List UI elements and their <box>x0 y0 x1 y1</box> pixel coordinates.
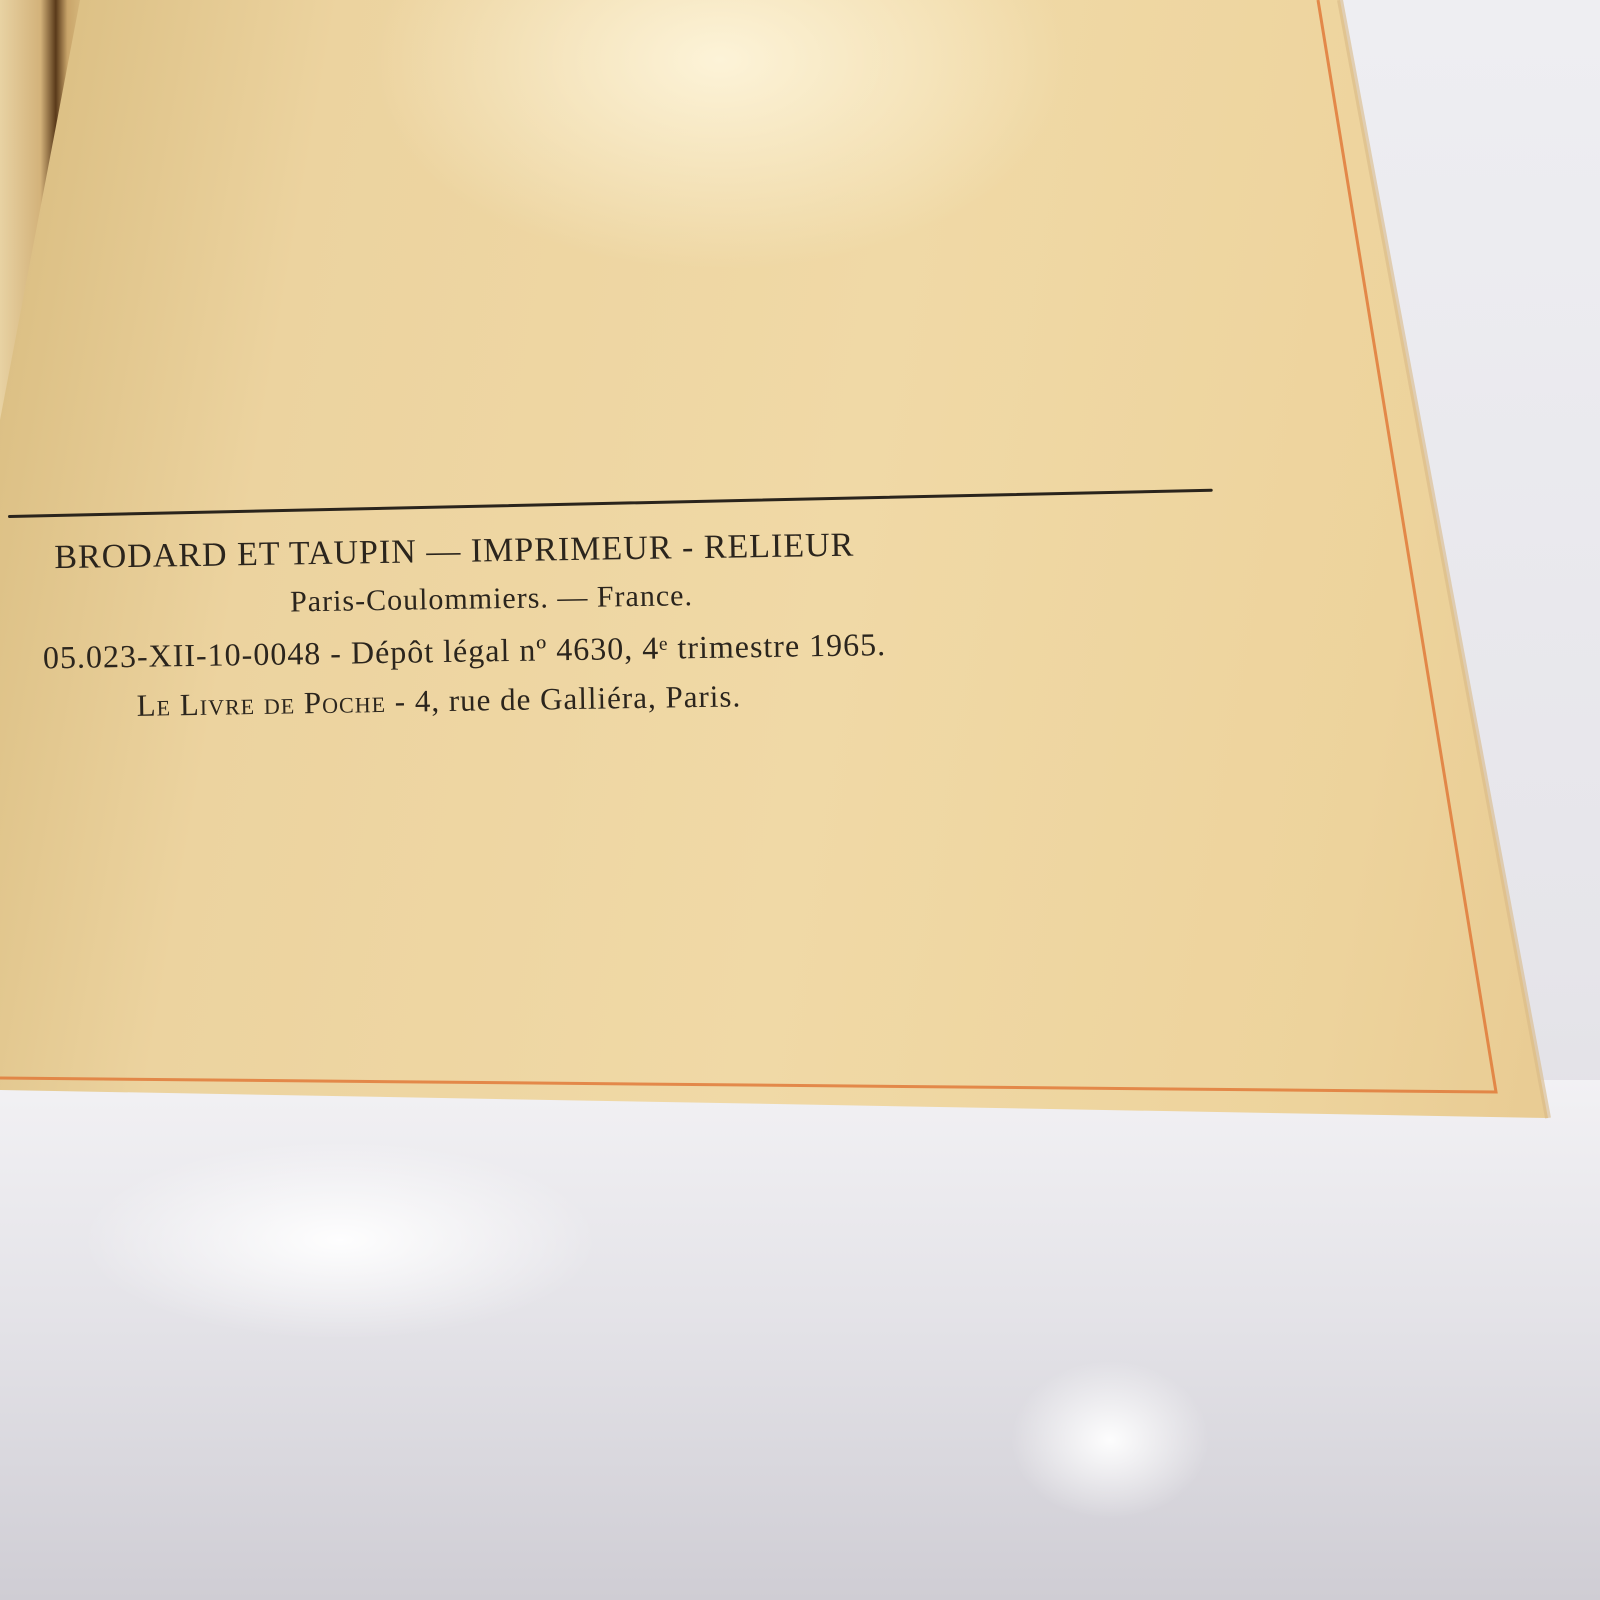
glossy-table-surface <box>0 1080 1600 1600</box>
light-reflection <box>1010 1360 1210 1520</box>
publisher-name: Le Livre de Poche <box>136 684 386 723</box>
book-gutter-shadow <box>0 0 90 420</box>
location-line: Paris-Coulommiers. — France. <box>290 579 693 619</box>
publisher-address: - 4, rue de Galliéra, Paris. <box>386 678 742 719</box>
light-reflection <box>80 1140 600 1340</box>
photo-scene: BRODARD ET TAUPIN — IMPRIMEUR - RELIEUR … <box>0 0 1600 1600</box>
